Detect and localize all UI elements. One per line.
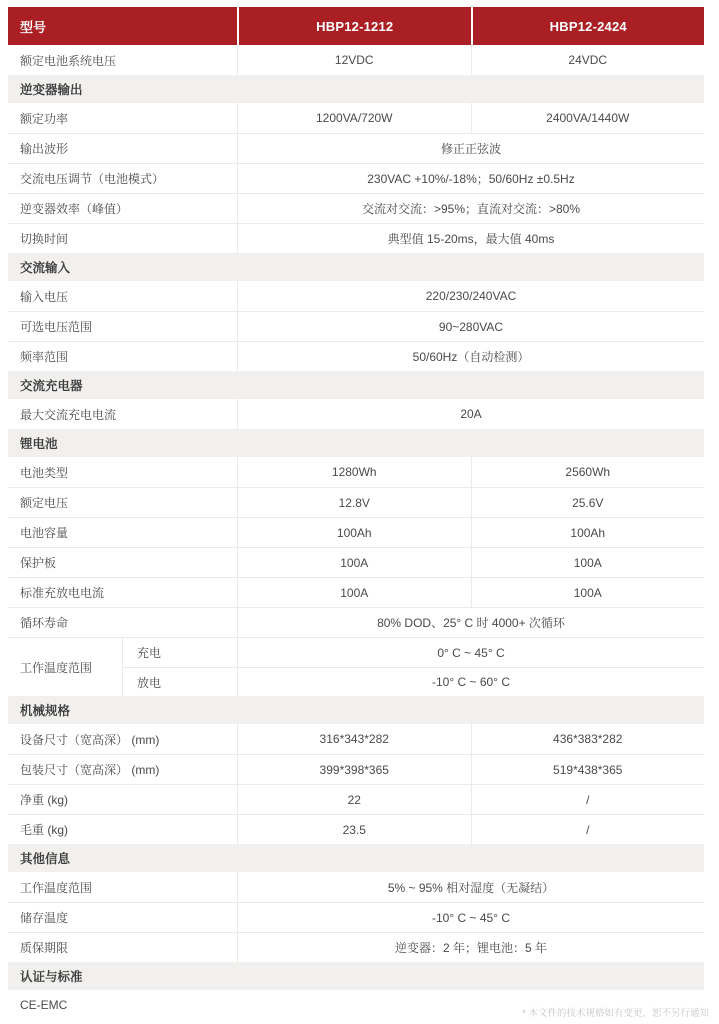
sub-row: 充电0° C ~ 45° C [122, 638, 704, 667]
row-value-span: 交流对交流：>95%；直流对交流：>80% [237, 194, 704, 223]
row-label: 输入电压 [8, 281, 237, 311]
section-header: 逆变器输出 [8, 75, 704, 103]
table-row: 额定功率1200VA/720W2400VA/1440W [8, 103, 704, 133]
table-row: 包装尺寸（宽高深） (mm)399*398*365519*438*365 [8, 754, 704, 784]
row-label: 质保期限 [8, 933, 237, 962]
nested-subcolumn: 充电0° C ~ 45° C放电-10° C ~ 60° C [122, 638, 704, 696]
model-column-header-1: HBP12-1212 [237, 7, 471, 45]
table-row: 输入电压220/230/240VAC [8, 281, 704, 311]
row-label: 保护板 [8, 548, 237, 577]
section-header: 认证与标准 [8, 962, 704, 990]
row-value-span: 90~280VAC [237, 312, 704, 341]
row-value: / [471, 815, 705, 844]
row-label: 工作温度范围 [8, 638, 122, 696]
row-value-span: 230VAC +10%/-18%；50/60Hz ±0.5Hz [237, 164, 704, 193]
row-label: 切换时间 [8, 224, 237, 253]
sub-row-label: 充电 [122, 638, 237, 667]
section-header: 交流充电器 [8, 371, 704, 399]
row-value: 519*438*365 [471, 755, 705, 784]
table-row: 净重 (kg)22/ [8, 784, 704, 814]
section-header: 机械规格 [8, 696, 704, 724]
table-row: 循环寿命80% DOD、25° C 时 4000+ 次循环 [8, 607, 704, 637]
section-header: 交流输入 [8, 253, 704, 281]
sub-row-value: 0° C ~ 45° C [237, 638, 704, 667]
table-row: 工作温度范围5% ~ 95% 相对湿度（无凝结） [8, 872, 704, 902]
table-row: 切换时间典型值 15-20ms，最大值 40ms [8, 223, 704, 253]
row-label: 最大交流充电电流 [8, 399, 237, 429]
spec-table: 型号 HBP12-1212 HBP12-2424 额定电池系统电压12VDC24… [8, 7, 704, 1020]
row-value-span: 80% DOD、25° C 时 4000+ 次循环 [237, 608, 704, 637]
row-value: 100A [237, 578, 471, 607]
table-row: 可选电压范围90~280VAC [8, 311, 704, 341]
row-label: 逆变器效率（峰值） [8, 194, 237, 223]
nested-row: 工作温度范围充电0° C ~ 45° C放电-10° C ~ 60° C [8, 637, 704, 696]
table-row: 逆变器效率（峰值）交流对交流：>95%；直流对交流：>80% [8, 193, 704, 223]
row-label: 可选电压范围 [8, 312, 237, 341]
row-label: 储存温度 [8, 903, 237, 932]
row-value-span: 修正正弦波 [237, 134, 704, 163]
row-value: 1280Wh [237, 457, 471, 487]
row-value-span: 逆变器：2 年；锂电池：5 年 [237, 933, 704, 962]
sub-row: 放电-10° C ~ 60° C [122, 667, 704, 696]
table-row: 电池类型1280Wh2560Wh [8, 457, 704, 487]
row-value-span: 20A [237, 399, 704, 429]
table-row: 标准充放电电流100A100A [8, 577, 704, 607]
row-value: 2400VA/1440W [471, 103, 705, 133]
row-value: 100A [237, 548, 471, 577]
row-label: 包装尺寸（宽高深） (mm) [8, 755, 237, 784]
row-label: 额定电池系统电压 [8, 45, 237, 75]
row-value: 12.8V [237, 488, 471, 517]
row-value: 25.6V [471, 488, 705, 517]
table-row: 毛重 (kg)23.5/ [8, 814, 704, 844]
model-header-row: 型号 HBP12-1212 HBP12-2424 [8, 7, 704, 45]
table-row: 设备尺寸（宽高深） (mm)316*343*282436*383*282 [8, 724, 704, 754]
row-value-span: 50/60Hz（自动检测） [237, 342, 704, 371]
row-value: 100A [471, 578, 705, 607]
row-label: 工作温度范围 [8, 872, 237, 902]
row-value-span: 220/230/240VAC [237, 281, 704, 311]
footnote: * 本文件的技术规格如有变更，恕不另行通知 [522, 1005, 709, 1019]
spec-table-body: 额定电池系统电压12VDC24VDC逆变器输出额定功率1200VA/720W24… [8, 45, 704, 1020]
table-row: 交流电压调节（电池模式）230VAC +10%/-18%；50/60Hz ±0.… [8, 163, 704, 193]
spec-sheet-page: 型号 HBP12-1212 HBP12-2424 额定电池系统电压12VDC24… [0, 0, 719, 1024]
table-row: 额定电池系统电压12VDC24VDC [8, 45, 704, 75]
row-label: 频率范围 [8, 342, 237, 371]
row-label: 标准充放电电流 [8, 578, 237, 607]
row-value: 100A [471, 548, 705, 577]
row-value: 23.5 [237, 815, 471, 844]
table-row: 额定电压12.8V25.6V [8, 487, 704, 517]
row-label: 循环寿命 [8, 608, 237, 637]
row-value-span: 5% ~ 95% 相对湿度（无凝结） [237, 872, 704, 902]
model-column-header-2: HBP12-2424 [471, 7, 705, 45]
row-value: 436*383*282 [471, 724, 705, 754]
row-value: / [471, 785, 705, 814]
row-value: 316*343*282 [237, 724, 471, 754]
row-label: 输出波形 [8, 134, 237, 163]
model-header-label: 型号 [8, 7, 237, 45]
row-label: 电池容量 [8, 518, 237, 547]
row-label: 净重 (kg) [8, 785, 237, 814]
row-value: 1200VA/720W [237, 103, 471, 133]
row-label: 额定功率 [8, 103, 237, 133]
row-label: 电池类型 [8, 457, 237, 487]
row-value: 399*398*365 [237, 755, 471, 784]
row-value: 2560Wh [471, 457, 705, 487]
row-value-span: -10° C ~ 45° C [237, 903, 704, 932]
table-row: 电池容量100Ah100Ah [8, 517, 704, 547]
section-header: 其他信息 [8, 844, 704, 872]
row-label: 交流电压调节（电池模式） [8, 164, 237, 193]
section-header: 锂电池 [8, 429, 704, 457]
row-value: 22 [237, 785, 471, 814]
row-value: 100Ah [471, 518, 705, 547]
table-row: 质保期限逆变器：2 年；锂电池：5 年 [8, 932, 704, 962]
row-value: 24VDC [471, 45, 705, 75]
row-value: 100Ah [237, 518, 471, 547]
row-label: 额定电压 [8, 488, 237, 517]
row-label: 毛重 (kg) [8, 815, 237, 844]
sub-row-value: -10° C ~ 60° C [237, 668, 704, 696]
table-row: 输出波形修正正弦波 [8, 133, 704, 163]
table-row: 最大交流充电电流20A [8, 399, 704, 429]
sub-row-label: 放电 [122, 668, 237, 696]
row-label: 设备尺寸（宽高深） (mm) [8, 724, 237, 754]
row-value: 12VDC [237, 45, 471, 75]
table-row: 储存温度-10° C ~ 45° C [8, 902, 704, 932]
table-row: 保护板100A100A [8, 547, 704, 577]
table-row: 频率范围50/60Hz（自动检测） [8, 341, 704, 371]
row-value-span: 典型值 15-20ms，最大值 40ms [237, 224, 704, 253]
